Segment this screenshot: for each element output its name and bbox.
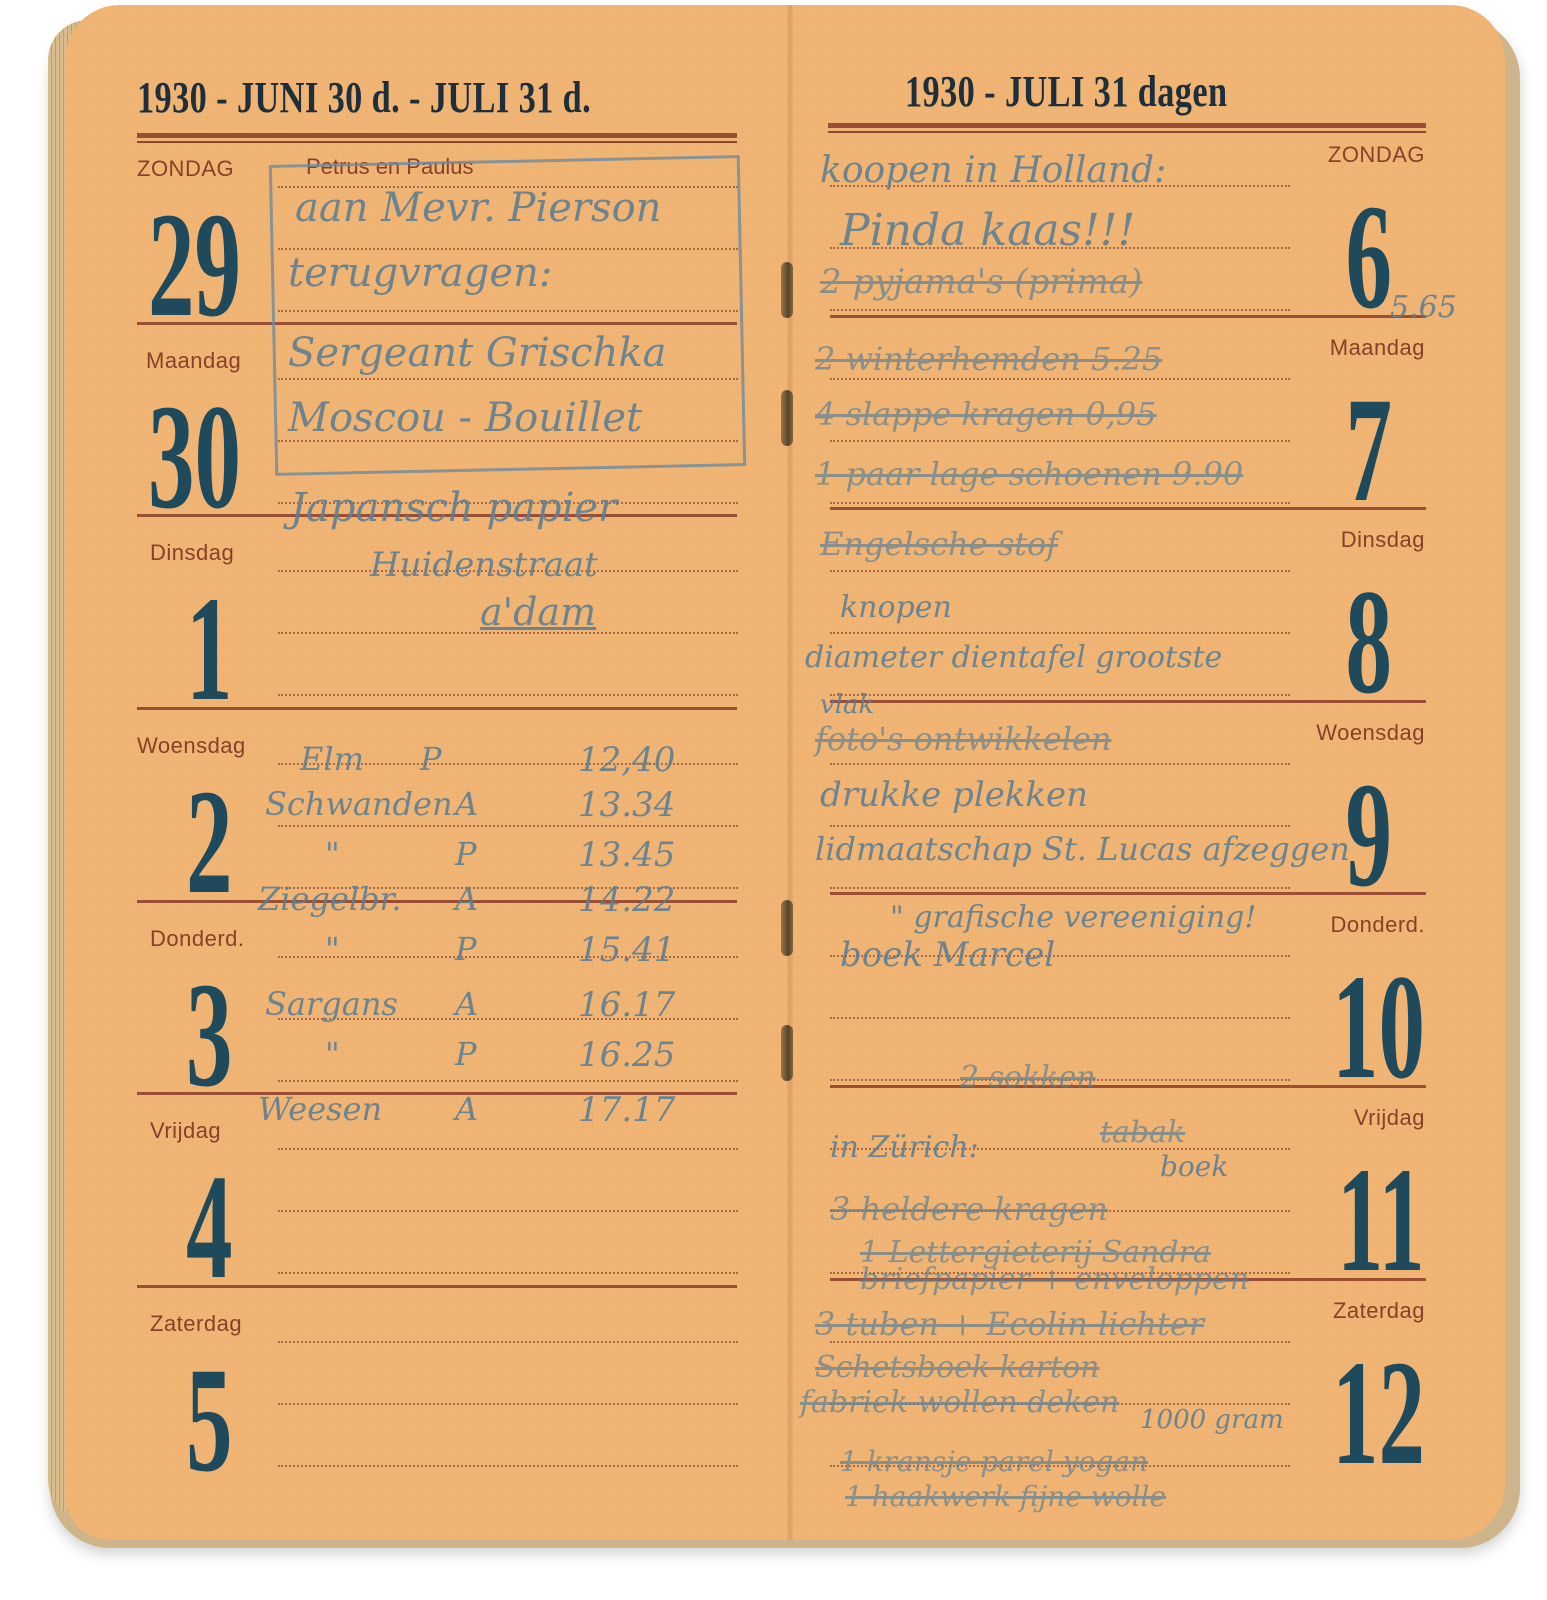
day-number: 3 bbox=[186, 960, 233, 1110]
handwritten-note: briefpapier + enveloppen bbox=[860, 1262, 1249, 1297]
left-page-header: 1930 - JUNI 30 d. - JULI 31 d. bbox=[137, 72, 591, 123]
dotted-writing-line bbox=[830, 1017, 1290, 1021]
dotted-writing-line bbox=[830, 309, 1290, 313]
day-separator bbox=[830, 892, 1426, 895]
day-number: 7 bbox=[1346, 375, 1393, 525]
day-number: 6 bbox=[1346, 182, 1393, 332]
dotted-writing-line bbox=[278, 1080, 738, 1084]
timetable-mark: P bbox=[455, 1035, 477, 1073]
handwritten-note: boek Marcel bbox=[840, 935, 1055, 975]
timetable-place: Schwanden bbox=[265, 785, 453, 823]
timetable-mark: A bbox=[455, 785, 478, 823]
dotted-writing-line bbox=[278, 694, 738, 698]
dotted-writing-line bbox=[830, 694, 1290, 698]
timetable-time: 16.17 bbox=[578, 985, 675, 1025]
day-name: Donderd. bbox=[1330, 912, 1425, 938]
handwritten-note: a'dam bbox=[480, 590, 596, 634]
dotted-writing-line bbox=[830, 825, 1290, 829]
day-name: Zaterdag bbox=[150, 1311, 242, 1337]
timetable-time: 13.45 bbox=[578, 835, 675, 875]
timetable-mark: A bbox=[455, 985, 478, 1023]
handwritten-note: 1 paar lage schoenen 9.90 bbox=[815, 455, 1243, 493]
handwritten-note: Japansch papier bbox=[290, 485, 617, 531]
day-name: Woensdag bbox=[1316, 720, 1425, 746]
timetable-time: 13.34 bbox=[578, 785, 675, 825]
handwritten-note: Huidenstraat bbox=[370, 545, 598, 585]
handwritten-note: 2 winterhemden 5.25 bbox=[815, 340, 1162, 378]
handwritten-note: 1 kransje parel yogan bbox=[840, 1445, 1148, 1478]
day-name: Vrijdag bbox=[150, 1118, 221, 1144]
handwritten-note: 3 heldere kragen bbox=[830, 1190, 1108, 1228]
dotted-writing-line bbox=[830, 570, 1290, 574]
day-number: 2 bbox=[186, 767, 233, 917]
timetable-place: " bbox=[325, 1035, 340, 1073]
day-name: Maandag bbox=[146, 348, 241, 374]
timetable-place: " bbox=[325, 835, 340, 873]
handwritten-note: knopen bbox=[840, 590, 952, 625]
handwritten-note: lidmaatschap St. Lucas afzeggen bbox=[815, 830, 1350, 868]
timetable-place: " bbox=[325, 930, 340, 968]
binding-stitch bbox=[781, 1025, 793, 1081]
handwritten-note: koopen in Holland: bbox=[820, 150, 1166, 191]
handwritten-note: Engelsche stof bbox=[820, 525, 1058, 563]
timetable-place: Sargans bbox=[265, 985, 398, 1023]
binding-stitch bbox=[781, 390, 793, 446]
day-number: 10 bbox=[1332, 952, 1425, 1102]
handwritten-note: vlak bbox=[820, 690, 874, 720]
handwritten-note: diameter dientafel grootste bbox=[805, 640, 1222, 675]
timetable-time: 17.17 bbox=[578, 1090, 675, 1130]
handwritten-note: 2 pyjama's (prima) bbox=[820, 262, 1142, 302]
day-name: Donderd. bbox=[150, 926, 245, 952]
handwritten-note: 4 slappe kragen 0,95 bbox=[815, 395, 1157, 433]
handwritten-note: 3 tuben + Ecolin lichter bbox=[815, 1305, 1204, 1343]
handwritten-note: aan Mevr. Pierson bbox=[295, 185, 661, 231]
handwritten-note: 2 sokken bbox=[960, 1060, 1096, 1095]
day-number: 9 bbox=[1346, 760, 1393, 910]
dotted-writing-line bbox=[278, 1465, 738, 1469]
handwritten-note: terugvragen: bbox=[288, 250, 552, 296]
day-name: ZONDAG bbox=[137, 156, 234, 182]
timetable-mark: P bbox=[455, 835, 477, 873]
day-name: Vrijdag bbox=[1354, 1105, 1425, 1131]
day-name: Dinsdag bbox=[150, 540, 234, 566]
day-name: ZONDAG bbox=[1328, 142, 1425, 168]
day-separator bbox=[830, 1085, 1426, 1088]
handwritten-note: Schetsboek karton bbox=[815, 1350, 1099, 1385]
dotted-writing-line bbox=[830, 887, 1290, 891]
day-number: 8 bbox=[1346, 567, 1393, 717]
timetable-time: 15.41 bbox=[578, 930, 675, 970]
timetable-place: Ziegelbr. bbox=[258, 880, 402, 918]
day-separator bbox=[830, 700, 1426, 703]
timetable-time: 16.25 bbox=[578, 1035, 675, 1075]
dotted-writing-line bbox=[278, 1341, 738, 1345]
timetable-time: 14.22 bbox=[578, 880, 675, 920]
day-number: 1 bbox=[186, 574, 233, 724]
handwritten-note: 1 haakwerk fijne wolle bbox=[845, 1480, 1166, 1513]
right-page-header: 1930 - JULI 31 dagen bbox=[905, 66, 1227, 117]
timetable-mark: A bbox=[455, 880, 478, 918]
dotted-writing-line bbox=[278, 1272, 738, 1276]
handwritten-note: 1000 gram bbox=[1140, 1405, 1284, 1435]
handwritten-note: boek bbox=[1160, 1150, 1228, 1183]
handwritten-note: drukke plekken bbox=[820, 775, 1088, 815]
day-number: 11 bbox=[1337, 1145, 1425, 1295]
day-separator bbox=[830, 507, 1426, 510]
binding-stitch bbox=[781, 262, 793, 318]
handwritten-note: tabak bbox=[1100, 1115, 1185, 1150]
dotted-writing-line bbox=[830, 763, 1290, 767]
dotted-writing-line bbox=[278, 1403, 738, 1407]
handwritten-note: Pinda kaas!!! bbox=[840, 205, 1135, 256]
dotted-writing-line bbox=[830, 440, 1290, 444]
handwritten-note: Sergeant Grischka bbox=[288, 330, 667, 376]
day-separator bbox=[137, 707, 737, 710]
day-name: Zaterdag bbox=[1333, 1298, 1425, 1324]
dotted-writing-line bbox=[278, 1148, 738, 1152]
day-name: Woensdag bbox=[137, 733, 246, 759]
dotted-writing-line bbox=[830, 378, 1290, 382]
day-number: 30 bbox=[148, 382, 241, 532]
day-separator bbox=[137, 1285, 737, 1288]
binding-stitch bbox=[781, 900, 793, 956]
handwritten-note: fabriek wollen deken bbox=[800, 1385, 1119, 1420]
handwritten-note: 5.65 bbox=[1390, 290, 1457, 325]
handwritten-note: " grafische vereeniging! bbox=[890, 900, 1256, 935]
day-number: 12 bbox=[1332, 1338, 1425, 1488]
timetable-mark: P bbox=[455, 930, 477, 968]
handwritten-note: Moscou - Bouillet bbox=[288, 395, 642, 441]
day-number: 29 bbox=[148, 190, 241, 340]
dotted-writing-line bbox=[278, 1210, 738, 1214]
dotted-writing-line bbox=[278, 825, 738, 829]
timetable-place: Elm bbox=[300, 740, 364, 778]
day-number: 4 bbox=[186, 1152, 233, 1302]
timetable-time: 12,40 bbox=[578, 740, 675, 780]
timetable-place: Weesen bbox=[258, 1090, 382, 1128]
handwritten-note: in Zürich: bbox=[830, 1130, 979, 1165]
book-spine bbox=[786, 5, 794, 1540]
timetable-mark: P bbox=[420, 740, 442, 778]
header-rule bbox=[828, 123, 1426, 133]
header-rule bbox=[137, 133, 737, 143]
day-name: Dinsdag bbox=[1341, 527, 1425, 553]
day-name: Maandag bbox=[1330, 335, 1425, 361]
dotted-writing-line bbox=[830, 502, 1290, 506]
timetable-mark: A bbox=[455, 1090, 478, 1128]
day-separator bbox=[830, 315, 1426, 318]
day-number: 5 bbox=[186, 1345, 233, 1495]
dotted-writing-line bbox=[830, 632, 1290, 636]
handwritten-note: foto's ontwikkelen bbox=[815, 720, 1111, 758]
